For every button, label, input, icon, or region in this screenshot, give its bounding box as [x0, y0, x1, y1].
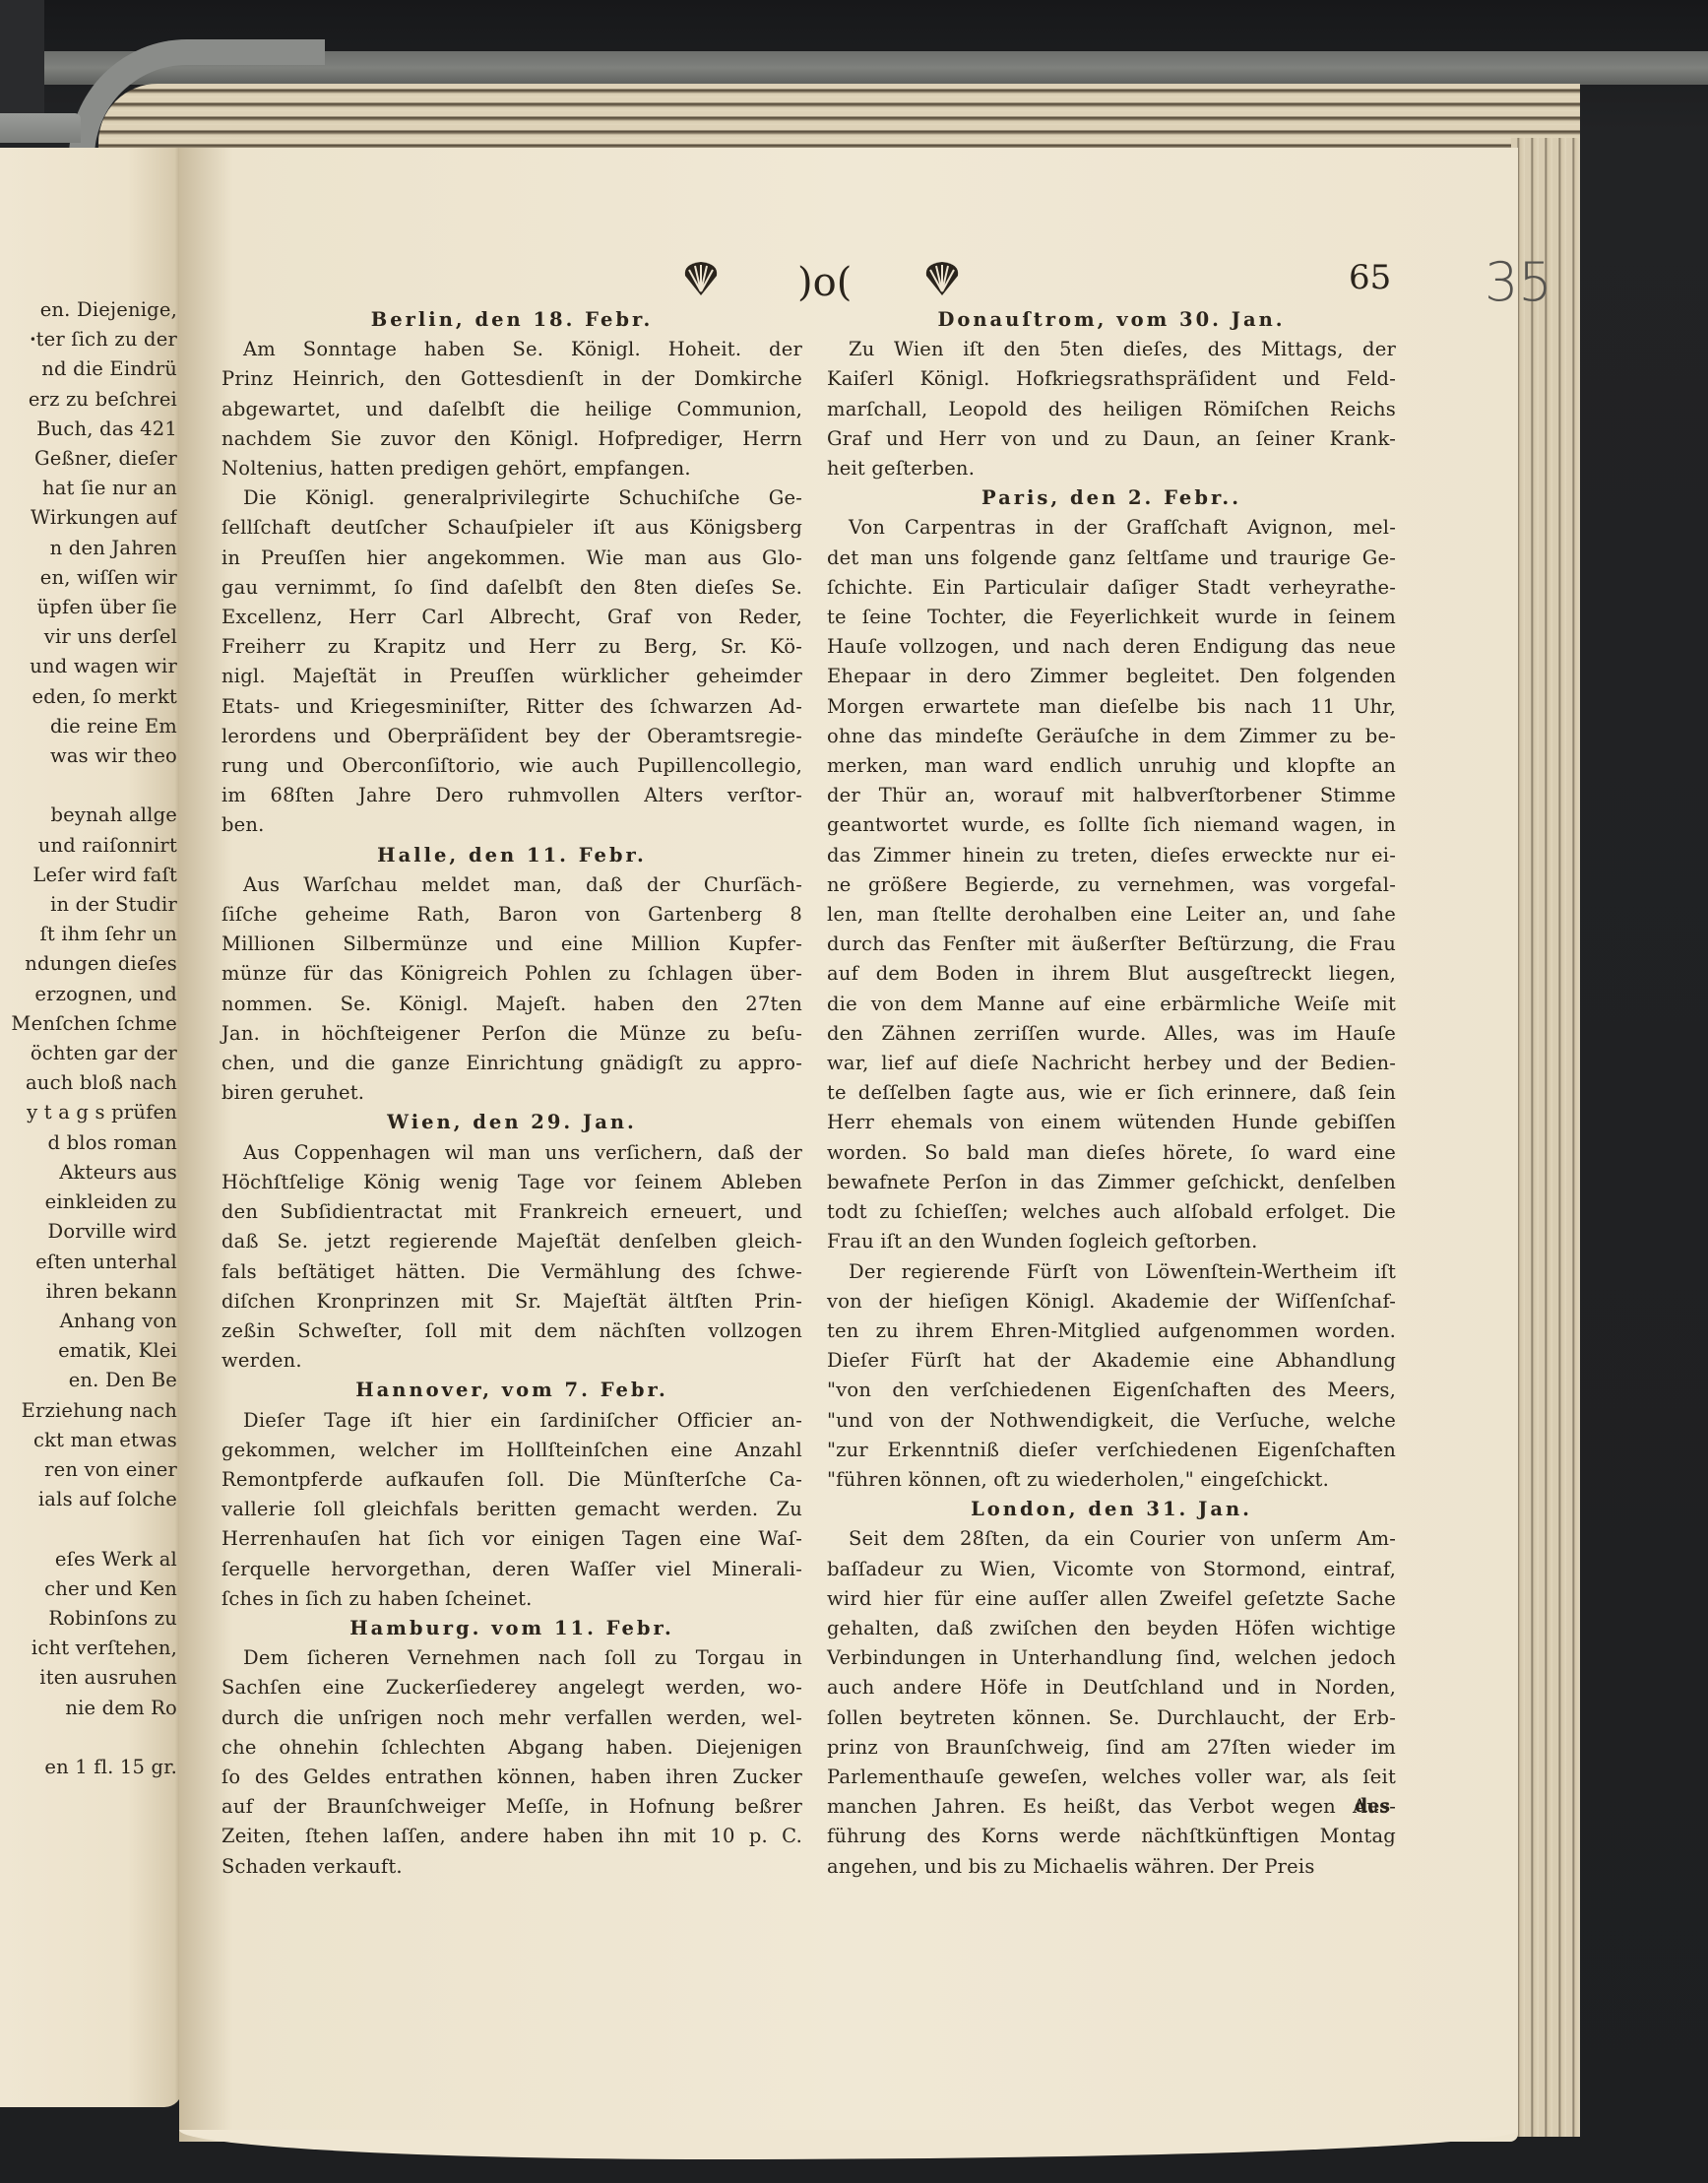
text-line: geantwortet wurde, es ſollte ſich nieman…: [827, 810, 1396, 840]
catchword: des: [1355, 1795, 1390, 1817]
article-paragraph: Am Sonntage haben Se. Königl. Hoheit. de…: [221, 335, 802, 483]
text-line: auf der Braunſchweiger Meſſe, in Hofnung…: [221, 1792, 802, 1822]
news-article: Donauſtrom, vom 30. Jan.Zu Wien iſt den …: [827, 305, 1396, 483]
text-line: vir uns derſel: [0, 622, 177, 652]
text-line: Hauſe vollzogen, und nach deren Endigung…: [827, 632, 1396, 662]
text-line: Wirkungen auf: [0, 503, 177, 533]
text-line: Der regierende Fürſt von Löwenſtein-Wert…: [827, 1257, 1396, 1287]
text-line: Von Carpentras in der Grafſchaft Avignon…: [827, 513, 1396, 543]
text-line: den Zähnen zerriſſen wurde. Alles, was i…: [827, 1019, 1396, 1049]
text-line: ematik, Klei: [0, 1336, 177, 1366]
text-line: ſches in ſich zu haben ſcheinet.: [221, 1584, 802, 1614]
news-article: Berlin, den 18. Febr.Am Sonntage haben S…: [221, 305, 802, 841]
ornament-separator: )o(: [797, 258, 852, 307]
article-paragraph: Der regierende Fürſt von Löwenſtein-Wert…: [827, 1257, 1396, 1496]
text-line: das Zimmer hinein zu treten, dieſes erwe…: [827, 841, 1396, 870]
text-line: te ſeine Tochter, die Feyerlichkeit wurd…: [827, 603, 1396, 632]
article-paragraph: Zu Wien iſt den 5ten dieſes, des Mittags…: [827, 335, 1396, 483]
text-line: Erziehung nach: [0, 1396, 177, 1426]
text-line: eden, ſo merkt: [0, 682, 177, 712]
text-line: und raiſonnirt: [0, 831, 177, 861]
page-stack-right-edge: [1511, 138, 1580, 2137]
text-line: Excellenz, Herr Carl Albrecht, Graf von …: [221, 603, 802, 632]
text-line: en. Den Be: [0, 1366, 177, 1395]
article-dateline: Wien, den 29. Jan.: [221, 1108, 802, 1137]
text-line: gekommen, welcher im Hollſteinſchen eine…: [221, 1436, 802, 1465]
text-line: eſes Werk al: [0, 1545, 177, 1574]
text-line: Dieſer Tage iſt hier ein ſardiniſcher Of…: [221, 1406, 802, 1436]
text-line: Akteurs aus: [0, 1158, 177, 1188]
text-line: gehalten, daß zwiſchen den beyden Höfen …: [827, 1614, 1396, 1643]
text-line: nachdem Sie zuvor den Königl. Hofpredige…: [221, 424, 802, 454]
text-line: ꞏter ſich zu der: [0, 325, 177, 354]
text-line: Freiherr zu Krapitz und Herr zu Berg, Sr…: [221, 632, 802, 662]
article-paragraph: Aus Coppenhagen wil man uns verſichern, …: [221, 1138, 802, 1377]
news-article: London, den 31. Jan.Seit dem 28ſten, da …: [827, 1495, 1396, 1882]
text-line: auch andere Höfe in Deutſchland und in N…: [827, 1673, 1396, 1702]
text-line: ckt man etwas: [0, 1426, 177, 1455]
news-article: Hamburg. vom 11. Febr.Dem ſicheren Verne…: [221, 1614, 802, 1882]
article-paragraph: Die Königl. generalprivilegirte Schuchiſ…: [221, 483, 802, 840]
text-line: Menſchen ſchme: [0, 1009, 177, 1039]
text-line: en. Diejenige,: [0, 295, 177, 325]
text-line: Die Königl. generalprivilegirte Schuchiſ…: [221, 483, 802, 513]
text-line: und wagen wir: [0, 652, 177, 681]
text-line: nd die Eindrü: [0, 354, 177, 384]
text-line: merken, man ward endlich unruhig und klo…: [827, 751, 1396, 781]
text-line: Robinſons zu: [0, 1604, 177, 1634]
text-line: Jan. in höchſteigener Perſon die Münze z…: [221, 1019, 802, 1049]
text-line: vallerie ſoll gleichfals beritten gemach…: [221, 1495, 802, 1524]
text-line: Kaiſerl Königl. Hofkriegsrathspräſident …: [827, 364, 1396, 394]
text-line: ſollen beytreten können. Se. Durchlaucht…: [827, 1703, 1396, 1733]
text-line: angehen, und bis zu Michaelis währen. De…: [827, 1852, 1396, 1882]
text-line: nie dem Ro: [0, 1694, 177, 1723]
text-line: beynah allge: [0, 801, 177, 830]
text-line: Dorville wird: [0, 1217, 177, 1247]
text-line: ihren bekann: [0, 1277, 177, 1307]
text-line: Dieſer Fürſt hat der Akademie eine Abhan…: [827, 1346, 1396, 1376]
text-line: Frau iſt an den Wunden ſogleich geſtorbe…: [827, 1227, 1396, 1256]
right-column: Donauſtrom, vom 30. Jan.Zu Wien iſt den …: [827, 305, 1396, 1882]
text-line: Graf und Herr von und zu Daun, an ſeiner…: [827, 424, 1396, 454]
text-line: erz zu beſchrei: [0, 385, 177, 415]
text-line: im 68ſten Jahre Dero ruhmvollen Alters v…: [221, 781, 802, 810]
text-line: ſiſche geheime Rath, Baron von Gartenber…: [221, 900, 802, 930]
text-line: ſerquelle hervorgethan, deren Waſſer vie…: [221, 1555, 802, 1584]
text-line: icht verſtehen,: [0, 1634, 177, 1663]
page-header-ornaments: )o(: [679, 258, 1004, 307]
text-line: n den Jahren: [0, 534, 177, 563]
article-dateline: Hamburg. vom 11. Febr.: [221, 1614, 802, 1643]
news-article: Halle, den 11. Febr.Aus Warſchau meldet …: [221, 841, 802, 1109]
text-line: "von den verſchiedenen Eigenſchaften des…: [827, 1376, 1396, 1405]
article-dateline: Paris, den 2. Febr..: [827, 483, 1396, 513]
text-line: bewafnete Perſon in das Zimmer geſchickt…: [827, 1168, 1396, 1197]
text-line: Herr ehemals von einem wütenden Hunde ge…: [827, 1108, 1396, 1137]
text-line: führung des Korns werde nächſtkünftigen …: [827, 1822, 1396, 1851]
text-line: werden.: [221, 1346, 802, 1376]
text-line: y t a g s prüfen: [0, 1098, 177, 1127]
text-line: üpfen über ſie: [0, 593, 177, 622]
text-line: Buch, das 421: [0, 415, 177, 444]
text-line: abgewartet, und daſelbſt die heilige Com…: [221, 395, 802, 424]
text-line: diſchen Kronprinzen mit Sr. Majeſtät ält…: [221, 1287, 802, 1316]
text-line: en, wiſſen wir: [0, 563, 177, 593]
text-line: heit geſterben.: [827, 454, 1396, 483]
text-line: Etats- und Kriegesminiſter, Ritter des ſ…: [221, 692, 802, 722]
text-line: Aus Coppenhagen wil man uns verſichern, …: [221, 1138, 802, 1168]
text-line: [0, 1723, 177, 1753]
text-line: Anhang von: [0, 1307, 177, 1336]
article-dateline: Berlin, den 18. Febr.: [221, 305, 802, 335]
text-line: [0, 771, 177, 801]
text-line: was wir theo: [0, 741, 177, 771]
text-line: manchen Jahren. Es heißt, das Verbot weg…: [827, 1792, 1396, 1822]
text-line: Morgen erwartete man dieſelbe bis nach 1…: [827, 692, 1396, 722]
text-line: Remontpferde aufkaufen ſoll. Die Münſter…: [221, 1465, 802, 1495]
shell-ornament-icon: [679, 258, 723, 309]
text-line: Noltenius, hatten predigen gehört, empfa…: [221, 454, 802, 483]
text-line: ben.: [221, 810, 802, 840]
shell-ornament-icon: [920, 258, 964, 309]
text-line: Ehepaar in dero Zimmer begleitet. Den fo…: [827, 662, 1396, 691]
text-line: einkleiden zu: [0, 1188, 177, 1217]
text-line: ſchichte. Ein Particulair daſiger Stadt …: [827, 573, 1396, 603]
text-line: hat ſie nur an: [0, 474, 177, 503]
text-line: Millionen Silbermünze und eine Million K…: [221, 930, 802, 959]
text-line: fals beſtätiget hätten. Die Vermählung d…: [221, 1257, 802, 1287]
text-line: todt zu ſchieſſen; welches auch alſobald…: [827, 1197, 1396, 1227]
text-line: erzognen, und: [0, 980, 177, 1009]
article-paragraph: Dem ſicheren Vernehmen nach ſoll zu Torg…: [221, 1643, 802, 1882]
text-line: Dem ſicheren Vernehmen nach ſoll zu Torg…: [221, 1643, 802, 1673]
news-article: Hannover, vom 7. Febr.Dieſer Tage iſt hi…: [221, 1376, 802, 1614]
text-line: zeßin Schweſter, ſoll mit dem nächſten v…: [221, 1316, 802, 1346]
text-line: ten zu ihrem Ehren-Mitglied aufgenommen …: [827, 1316, 1396, 1346]
text-line: münze für das Königreich Pohlen zu ſchla…: [221, 959, 802, 989]
text-line: gau vernimmt, ſo ſind daſelbſt den 8ten …: [221, 573, 802, 603]
article-paragraph: Dieſer Tage iſt hier ein ſardiniſcher Of…: [221, 1406, 802, 1614]
text-line: Parlementhauſe geweſen, welches voller w…: [827, 1763, 1396, 1792]
text-line: Höchſtſelige König wenig Tage vor ſeinem…: [221, 1168, 802, 1197]
text-line: cher und Ken: [0, 1574, 177, 1604]
text-line: wird hier für eine auſſer allen Zweifel …: [827, 1584, 1396, 1614]
news-article: Wien, den 29. Jan.Aus Coppenhagen wil ma…: [221, 1108, 802, 1376]
text-line: biren geruhet.: [221, 1078, 802, 1108]
text-line: Herrenhauſen hat ſich vor einigen Tagen …: [221, 1524, 802, 1554]
page-number: 65: [1349, 258, 1391, 297]
left-page-text-fragment: en. Diejenige,ꞏter ſich zu dernd die Ein…: [0, 295, 177, 1782]
text-line: ſt ihm ſehr un: [0, 920, 177, 949]
article-paragraph: Von Carpentras in der Grafſchaft Avignon…: [827, 513, 1396, 1256]
text-line: in der Studir: [0, 890, 177, 920]
text-line: rung und Oberconſiſtorio, wie auch Pupil…: [221, 751, 802, 781]
text-line: die von dem Manne auf eine erbärmliche W…: [827, 990, 1396, 1019]
text-line: lerordens und Oberpräſident bey der Ober…: [221, 722, 802, 751]
text-line: nigl. Majeſtät in Preuſſen würklicher ge…: [221, 662, 802, 691]
text-line: die reine Em: [0, 712, 177, 741]
text-line: nommen. Se. Königl. Majeſt. haben den 27…: [221, 990, 802, 1019]
news-article: Paris, den 2. Febr..Von Carpentras in de…: [827, 483, 1396, 1495]
pencil-folio-number: 35: [1485, 251, 1552, 313]
text-line: in Preuſſen hier angekommen. Wie man aus…: [221, 544, 802, 573]
text-line: "zur Erkenntniß dieſer verſchiedenen Eig…: [827, 1436, 1396, 1465]
text-line: ſellſchaft deutſcher Schauſpieler iſt au…: [221, 513, 802, 543]
text-line: öchten gar der: [0, 1039, 177, 1068]
article-dateline: London, den 31. Jan.: [827, 1495, 1396, 1524]
text-line: von der hieſigen Königl. Akademie der Wi…: [827, 1287, 1396, 1316]
text-line: Seit dem 28ſten, da ein Courier von unſe…: [827, 1524, 1396, 1554]
text-line: ohne das mindeſte Geräuſche in dem Zimme…: [827, 722, 1396, 751]
text-line: Sachſen eine Zuckerſiederey angelegt wer…: [221, 1673, 802, 1702]
text-line: auch bloß nach: [0, 1068, 177, 1098]
text-line: Leſer wird faſt: [0, 861, 177, 890]
text-line: eſten unterhal: [0, 1248, 177, 1277]
text-line: durch die unſrigen noch mehr verfallen w…: [221, 1703, 802, 1733]
article-paragraph: Aus Warſchau meldet man, daß der Churſäc…: [221, 870, 802, 1109]
text-line: Prinz Heinrich, den Gottesdienſt in der …: [221, 364, 802, 394]
text-line: worden. So bald man dieſes hörete, ſo wa…: [827, 1138, 1396, 1168]
text-line: ſo des Geldes entrathen können, haben ih…: [221, 1763, 802, 1792]
text-line: len, man ſtellte derohalben eine Leiter …: [827, 900, 1396, 930]
text-line: chen, und die ganze Einrichtung gnädigſt…: [221, 1049, 802, 1078]
text-line: d blos roman: [0, 1128, 177, 1158]
text-line: ials auf ſolche: [0, 1485, 177, 1514]
text-line: Zeiten, ſtehen laſſen, andere haben ihn …: [221, 1822, 802, 1851]
text-line: "führen können, oft zu wiederholen," ein…: [827, 1465, 1396, 1495]
text-line: Am Sonntage haben Se. Königl. Hoheit. de…: [221, 335, 802, 364]
text-line: che ohnehin ſchlechten Abgang haben. Die…: [221, 1733, 802, 1763]
text-line: baſſadeur zu Wien, Vicomte von Stormond,…: [827, 1555, 1396, 1584]
text-line: ne größere Begierde, zu vernehmen, was v…: [827, 870, 1396, 900]
text-line: war, lief auf dieſe Nachricht herbey und…: [827, 1049, 1396, 1078]
article-paragraph: Seit dem 28ſten, da ein Courier von unſe…: [827, 1524, 1396, 1881]
text-line: [0, 1514, 177, 1544]
text-line: det man uns folgende ganz ſeltſame und t…: [827, 544, 1396, 573]
text-line: prinz von Braunſchweig, ſind am 27ſten w…: [827, 1733, 1396, 1763]
text-line: ndungen dieſes: [0, 949, 177, 979]
text-line: Schaden verkauft.: [221, 1852, 802, 1882]
text-line: te deſſelben ſagte aus, wie er ſich erin…: [827, 1078, 1396, 1108]
text-line: Zu Wien iſt den 5ten dieſes, des Mittags…: [827, 335, 1396, 364]
text-line: ren von einer: [0, 1455, 177, 1485]
text-line: "und von der Nothwendigkeit, die Verſuch…: [827, 1406, 1396, 1436]
article-dateline: Donauſtrom, vom 30. Jan.: [827, 305, 1396, 335]
text-line: auf dem Boden in ihrem Blut ausgeſtreckt…: [827, 959, 1396, 989]
text-line: en 1 fl. 15 gr.: [0, 1753, 177, 1782]
article-dateline: Hannover, vom 7. Febr.: [221, 1376, 802, 1405]
text-line: iten ausruhen: [0, 1663, 177, 1693]
text-line: Aus Warſchau meldet man, daß der Churſäc…: [221, 870, 802, 900]
text-line: Verbindungen in Unterhandlung ſind, welc…: [827, 1643, 1396, 1673]
page-stack-top-edge: [98, 84, 1580, 153]
text-line: den Subſidientractat mit Frankreich erne…: [221, 1197, 802, 1227]
text-line: durch das Fenſter mit äußerſter Beſtürzu…: [827, 930, 1396, 959]
book-cradle-clip: [0, 113, 81, 143]
text-line: daß Se. jetzt regierende Majeſtät denſel…: [221, 1227, 802, 1256]
text-line: der Thür an, worauf mit halbverſtorbener…: [827, 781, 1396, 810]
text-line: marſchall, Leopold des heiligen Römiſche…: [827, 395, 1396, 424]
middle-column: Berlin, den 18. Febr.Am Sonntage haben S…: [221, 305, 802, 1882]
text-line: Geßner, dieſer: [0, 444, 177, 474]
article-dateline: Halle, den 11. Febr.: [221, 841, 802, 870]
